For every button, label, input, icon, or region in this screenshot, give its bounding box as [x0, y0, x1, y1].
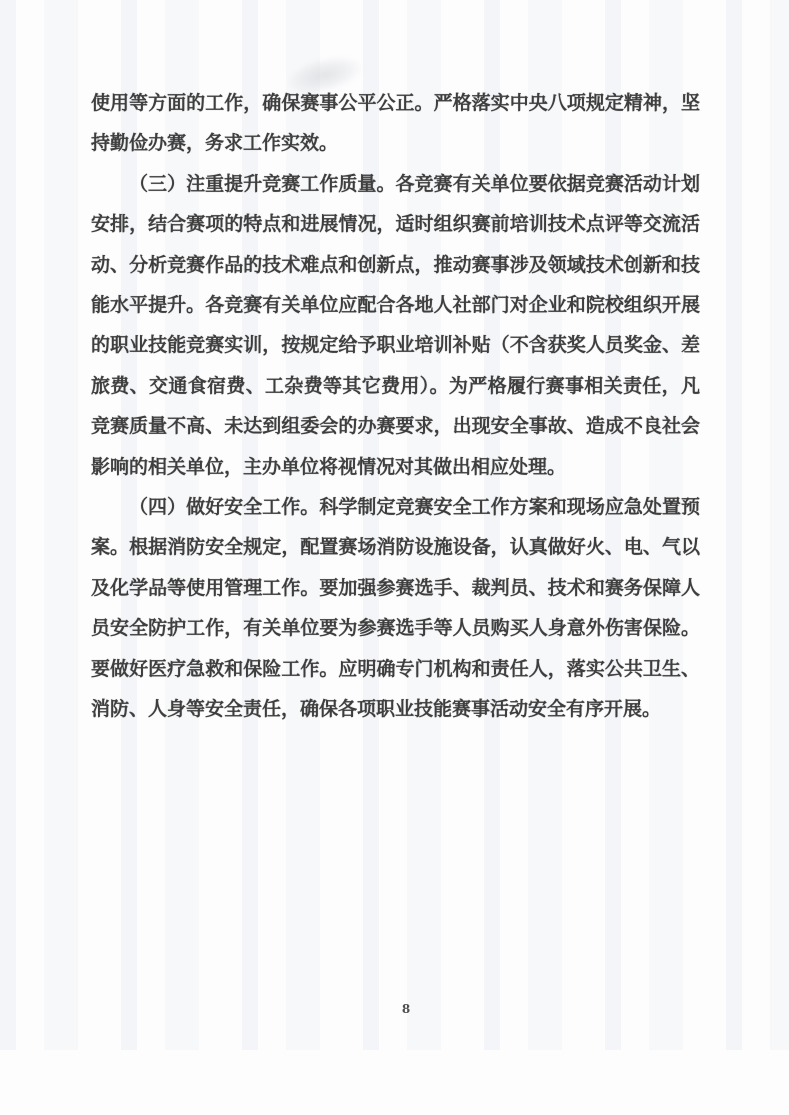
document-body: 使用等方面的工作，确保赛事公平公正。严格落实中央八项规定精神，坚持勤俭办赛，务求…: [91, 83, 700, 730]
text-line: （三）注重提升竞赛工作质量。各竞赛有关单位要依据竞赛活动计划: [91, 164, 700, 204]
text-line: 影响的相关单位，主办单位将视情况对其做出相应处理。: [91, 447, 700, 487]
text-line: 能水平提升。各竞赛有关单位应配合各地人社部门对企业和院校组织开展: [91, 285, 700, 325]
text-line: 消防、人身等安全责任，确保各项职业技能赛事活动安全有序开展。: [91, 689, 700, 729]
page-number: 8: [396, 1001, 416, 1017]
text-line: 要做好医疗急救和保险工作。应明确专门机构和责任人，落实公共卫生、: [91, 649, 700, 689]
text-line: 及化学品等使用管理工作。要加强参赛选手、裁判员、技术和赛务保障人: [91, 568, 700, 608]
text-line: （四）做好安全工作。科学制定竞赛安全工作方案和现场应急处置预: [91, 487, 700, 527]
text-line: 持勤俭办赛，务求工作实效。: [91, 123, 700, 163]
text-line: 旅费、交通食宿费、工杂费等其它费用）。为严格履行赛事相关责任，凡: [91, 366, 700, 406]
text-line: 动、分析竞赛作品的技术难点和创新点，推动赛事涉及领域技术创新和技: [91, 245, 700, 285]
document-page: 使用等方面的工作，确保赛事公平公正。严格落实中央八项规定精神，坚持勤俭办赛，务求…: [0, 0, 789, 1115]
text-line: 的职业技能竞赛实训，按规定给予职业培训补贴（不含获奖人员奖金、差: [91, 325, 700, 365]
text-line: 竞赛质量不高、未达到组委会的办赛要求，出现安全事故、造成不良社会: [91, 406, 700, 446]
text-line: 员安全防护工作，有关单位要为参赛选手等人员购买人身意外伤害保险。: [91, 608, 700, 648]
text-line: 安排，结合赛项的特点和进展情况，适时组织赛前培训技术点评等交流活: [91, 204, 700, 244]
text-line: 案。根据消防安全规定，配置赛场消防设施设备，认真做好火、电、气以: [91, 527, 700, 567]
text-line: 使用等方面的工作，确保赛事公平公正。严格落实中央八项规定精神，坚: [91, 83, 700, 123]
